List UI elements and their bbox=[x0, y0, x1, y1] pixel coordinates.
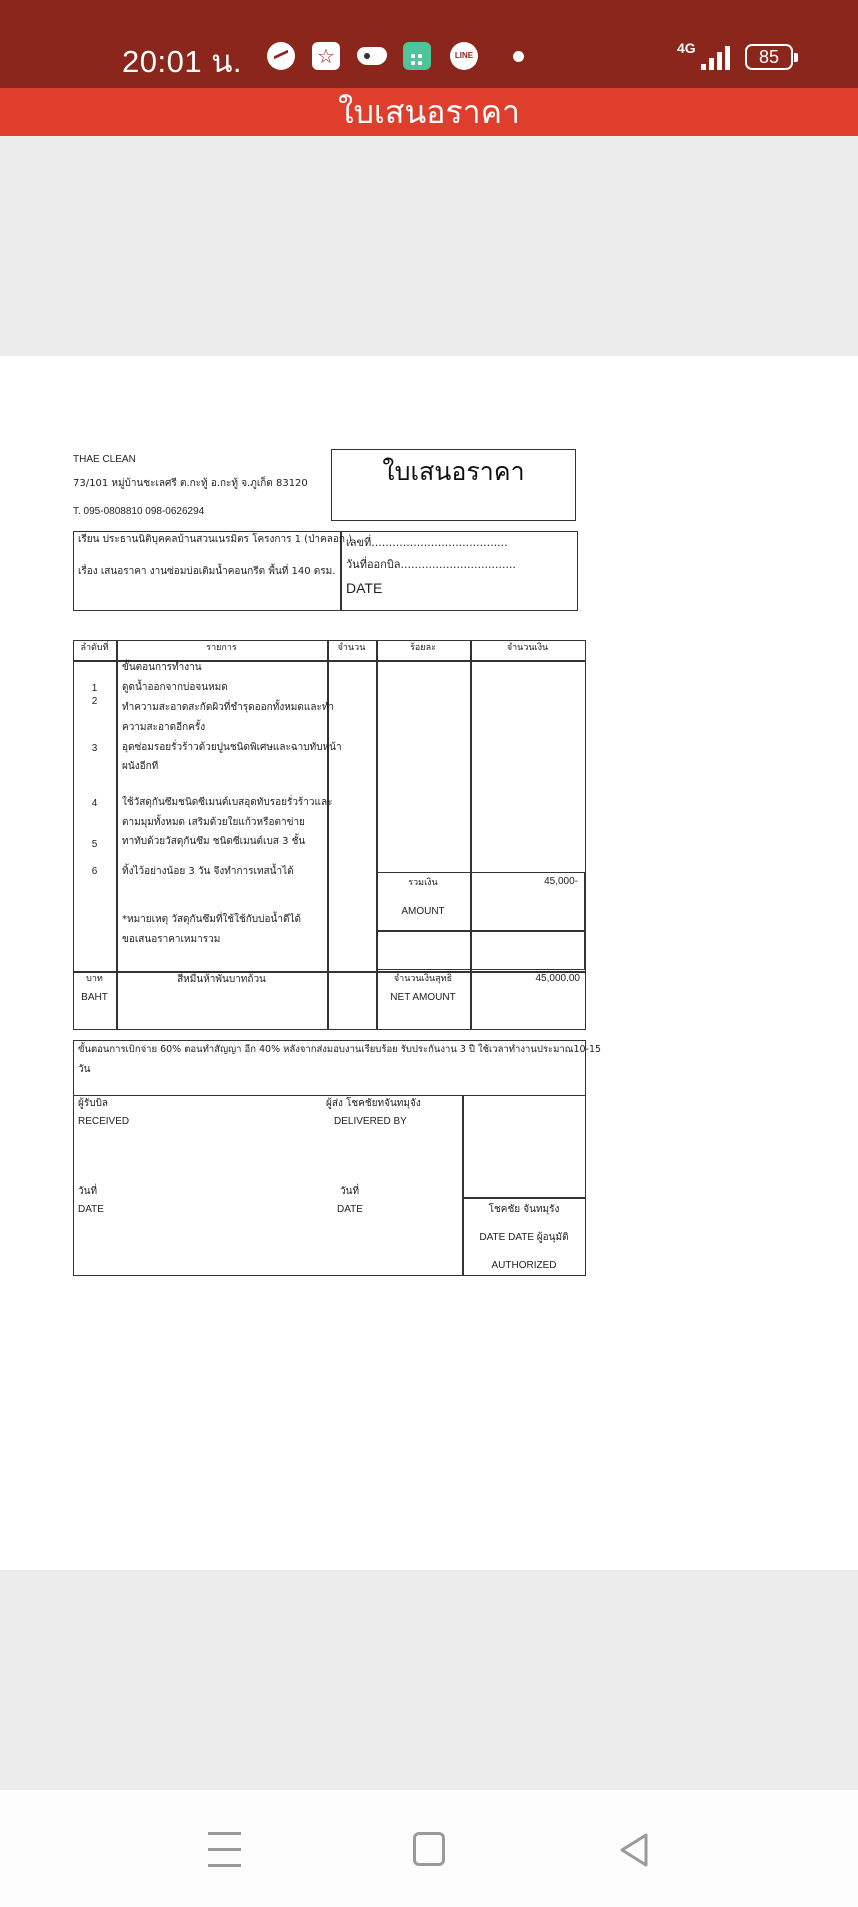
line-icon: LINE bbox=[450, 42, 478, 70]
doc-number-label: เลขที่..................................… bbox=[346, 536, 508, 549]
item-heading: ขั้นตอนการทำงาน bbox=[122, 662, 202, 674]
subtotal-divider bbox=[376, 930, 585, 932]
subject-line: เรื่อง เสนอราคา งานซ่อมบ่อเติมน้ำคอนกรีต… bbox=[78, 566, 335, 578]
item-line: ทาทับด้วยวัสดุกันซึม ชนิดซีเมนต์เบส 3 ชั… bbox=[122, 836, 305, 848]
messenger-icon bbox=[267, 42, 295, 70]
delivered-th: ผู้ส่ง โชคชัยทจันทมุจัง bbox=[326, 1098, 421, 1110]
status-time: 20:01 น. bbox=[122, 36, 242, 86]
date-label: DATE bbox=[346, 580, 382, 597]
status-bar: 20:01 น. ☆ LINE 4G 85 bbox=[0, 0, 858, 88]
signal-icon bbox=[693, 46, 729, 70]
item-no: 3 bbox=[73, 743, 116, 755]
net-label-th: จำนวนเงินสุทธิ bbox=[376, 974, 470, 985]
item-no: 1 bbox=[73, 683, 116, 695]
item-line: ผนังอีกที bbox=[122, 761, 158, 773]
menu-icon-line bbox=[208, 1848, 241, 1851]
header-qty: จำนวน bbox=[327, 643, 376, 654]
authorized-en: AUTHORIZED bbox=[462, 1260, 586, 1272]
game-controller-icon bbox=[357, 42, 385, 70]
terms-line: ขั้นตอนการเบิกจ่าย 60% ตอนทำสัญญา อีก 40… bbox=[78, 1044, 601, 1055]
authorizer-date: DATE DATE ผู้อนุมัติ bbox=[462, 1232, 586, 1244]
subtotal-label-en: AMOUNT bbox=[376, 906, 470, 918]
app-title: ใบเสนอราคา bbox=[0, 88, 858, 136]
menu-icon bbox=[208, 1832, 241, 1835]
subtotal-label-th: รวมเงิน bbox=[376, 878, 470, 889]
viewer-background-bottom bbox=[0, 1570, 858, 1790]
notification-dot-icon bbox=[513, 51, 524, 62]
battery-icon: 85 bbox=[745, 44, 793, 70]
viewer-background-top bbox=[0, 136, 858, 356]
item-no: 6 bbox=[73, 866, 116, 878]
to-line: เรียน ประธานนิติบุคคลบ้านสวนเนรมิตร โครง… bbox=[78, 534, 352, 546]
baht-label-en: BAHT bbox=[73, 992, 116, 1004]
header-amount: จำนวนเงิน bbox=[470, 643, 585, 654]
item-no: 2 bbox=[73, 696, 116, 708]
net-label-en: NET AMOUNT bbox=[376, 992, 470, 1004]
header-percent: ร้อยละ bbox=[376, 643, 470, 654]
subtotal-value: 45,000- bbox=[470, 876, 578, 888]
company-name: THAE CLEAN bbox=[73, 454, 136, 466]
home-button[interactable] bbox=[413, 1832, 445, 1866]
note-line: *หมายเหตุ วัสดุกันซึมที่ใช้ใช้กับบ่อน้ำด… bbox=[122, 914, 301, 926]
date-en-left: DATE bbox=[78, 1204, 104, 1216]
header-no: ลำดับที่ bbox=[73, 643, 116, 654]
item-line: อุดซ่อมรอยรั่วร้าวด้วยปูนชนิดพิเศษและฉาบ… bbox=[122, 742, 342, 754]
item-line: ความสะอาดอีกครั้ง bbox=[122, 722, 205, 734]
back-button[interactable] bbox=[616, 1832, 652, 1868]
date-th-mid: วันที่ bbox=[340, 1186, 359, 1198]
document-page[interactable]: THAE CLEAN 73/101 หมู่บ้านชะเลศรี ต.กะทู… bbox=[0, 356, 858, 1570]
star-app-icon: ☆ bbox=[312, 42, 340, 70]
item-line: ทำความสะอาดสะกัดผิวที่ชำรุดออกทั้งหมดและ… bbox=[122, 702, 334, 714]
back-icon bbox=[616, 1832, 652, 1868]
doc-title: ใบเสนอราคา bbox=[331, 452, 576, 492]
signature-box bbox=[73, 1095, 586, 1276]
item-line: ใช้วัสดุกันซึมชนิดซีเมนต์เบสอุดทับรอยรั่… bbox=[122, 797, 332, 809]
menu-button[interactable] bbox=[208, 1832, 242, 1866]
received-en: RECEIVED bbox=[78, 1116, 129, 1128]
baht-label-th: บาท bbox=[73, 974, 116, 985]
item-no: 4 bbox=[73, 798, 116, 810]
date-th-left: วันที่ bbox=[78, 1186, 97, 1198]
sig-divider bbox=[462, 1095, 464, 1276]
item-line: ดูดน้ำออกจากบ่อจนหมด bbox=[122, 682, 228, 694]
net-value: 45,000.00 bbox=[470, 973, 580, 985]
item-line: ตามมุมทั้งหมด เสริมด้วยใยแก้วหรือตาข่าย bbox=[122, 817, 305, 829]
terms-line: วัน bbox=[78, 1064, 90, 1076]
company-address: 73/101 หมู่บ้านชะเลศรี ต.กะทู้ อ.กะทู้ จ… bbox=[73, 478, 308, 490]
menu-icon-line bbox=[208, 1864, 241, 1867]
issue-date-label: วันที่ออกบิล............................… bbox=[346, 558, 516, 571]
date-en-mid: DATE bbox=[337, 1204, 363, 1216]
teal-app-icon bbox=[403, 42, 431, 70]
received-th: ผู้รับบิล bbox=[78, 1098, 108, 1110]
header-item: รายการ bbox=[116, 643, 327, 654]
authorizer-name: โชคชัย จันทมุรัง bbox=[462, 1204, 586, 1216]
company-phone: T. 095-0808810 098-0626294 bbox=[73, 506, 204, 518]
sig-divider bbox=[462, 1197, 586, 1199]
item-line: ทิ้งไว้อย่างน้อย 3 วัน จึงทำการเทสน้ำได้ bbox=[122, 866, 294, 878]
delivered-en: DELIVERED BY bbox=[334, 1116, 407, 1128]
note-line: ขอเสนอราคาเหมารวม bbox=[122, 934, 220, 946]
amount-in-words: สี่หมื่นห้าพันบาทถ้วน bbox=[116, 974, 327, 986]
item-no: 5 bbox=[73, 839, 116, 851]
